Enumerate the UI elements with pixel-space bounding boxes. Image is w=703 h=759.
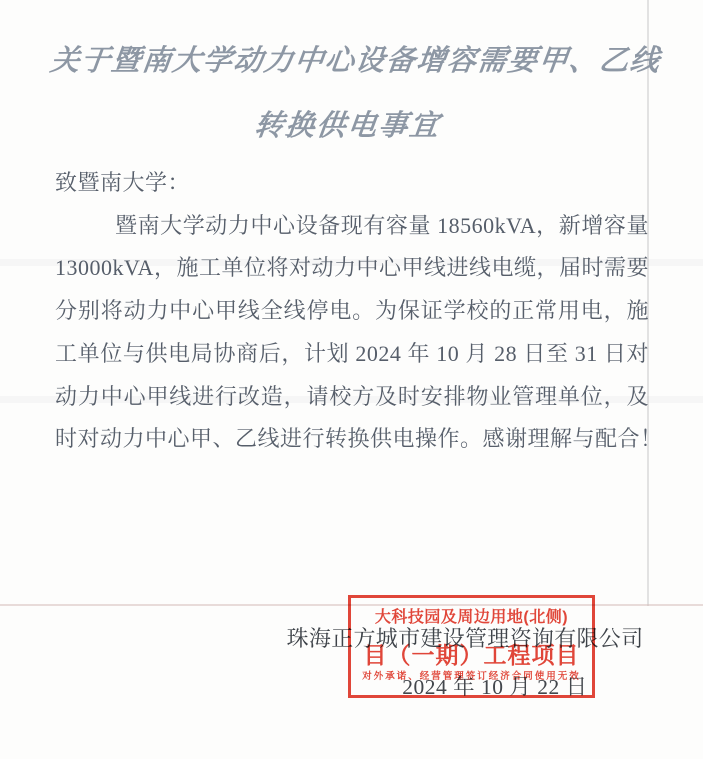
signature-date: 2024 年 10 月 22 日 (380, 674, 610, 700)
signature-company-name: 珠海正方城市建设管理咨询有限公司 (250, 626, 680, 652)
scanned-letter-page: 关于暨南大学动力中心设备增容需要甲、乙线 转换供电事宜 致暨南大学： 暨南大学动… (0, 0, 703, 759)
stamp-project-name-line: 大科技园及周边用地(北侧) (351, 604, 592, 627)
letter-body: 致暨南大学： 暨南大学动力中心设备现有容量 18560kVA，新增容量 1300… (55, 162, 649, 461)
letter-title-line2: 转换供电事宜 (0, 109, 701, 143)
body-line-4: 工单位与供电局协商后，计划 2024 年 10 月 28 日至 31 日对 (55, 333, 649, 376)
body-line-6: 时对动力中心甲、乙线进行转换供电操作。感谢理解与配合！ (55, 418, 649, 461)
body-line-5: 动力中心甲线进行改造，请校方及时安排物业管理单位，及 (55, 376, 649, 419)
letter-title-line1: 关于暨南大学动力中心设备增容需要甲、乙线 (2, 44, 703, 78)
body-line-2: 13000kVA，施工单位将对动力中心甲线进线电缆，届时需要 (55, 247, 649, 290)
letter-title: 关于暨南大学动力中心设备增容需要甲、乙线 转换供电事宜 (0, 44, 703, 143)
body-line-1: 暨南大学动力中心设备现有容量 18560kVA，新增容量 (55, 205, 649, 248)
salutation: 致暨南大学： (55, 162, 649, 205)
body-line-3: 分别将动力中心甲线全线停电。为保证学校的正常用电，施 (55, 290, 649, 333)
